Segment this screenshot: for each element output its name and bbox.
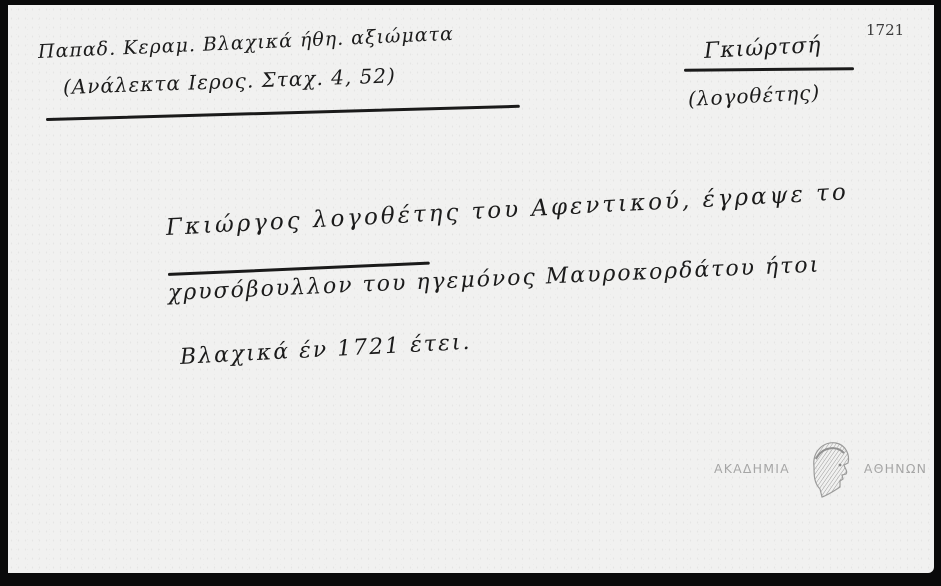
card-number: 1721 [866,21,904,39]
athena-head-icon [804,437,854,499]
index-card: Παπαδ. Κεραμ. Βλαχικά ήθη. αξιώματα (Ανά… [8,5,934,573]
reference-line-1: Παπαδ. Κεραμ. Βλαχικά ήθη. αξιώματα [38,23,455,63]
reference-underline [46,105,520,121]
watermark-left-text: ΑΚΑΔΗΜΙΑ [714,461,790,476]
body-line-3: Βλαχικά έν 1721 έτει. [179,330,472,370]
headword-title: Γκιώρτσή [703,33,822,64]
watermark-right-text: ΑΘΗΝΩΝ [864,461,927,476]
academy-watermark: ΑΚΑΔΗΜΙΑ ΑΘΗΝΩΝ [714,433,934,503]
scan-viewer: Παπαδ. Κεραμ. Βλαχικά ήθη. αξιώματα (Ανά… [0,0,941,586]
body-line-1: Γκιώργος λογοθέτης του Αφεντικού, έγραψε… [165,179,849,241]
headword-subtitle: (λογοθέτης) [687,80,820,111]
reference-line-2: (Ανάλεκτα Ιερος. Σταχ. 4, 52) [63,63,397,99]
headword-underline [684,67,854,71]
body-line-2: χρυσόβουλλον του ηγεμόνος Μαυροκορδάτου … [167,253,820,306]
